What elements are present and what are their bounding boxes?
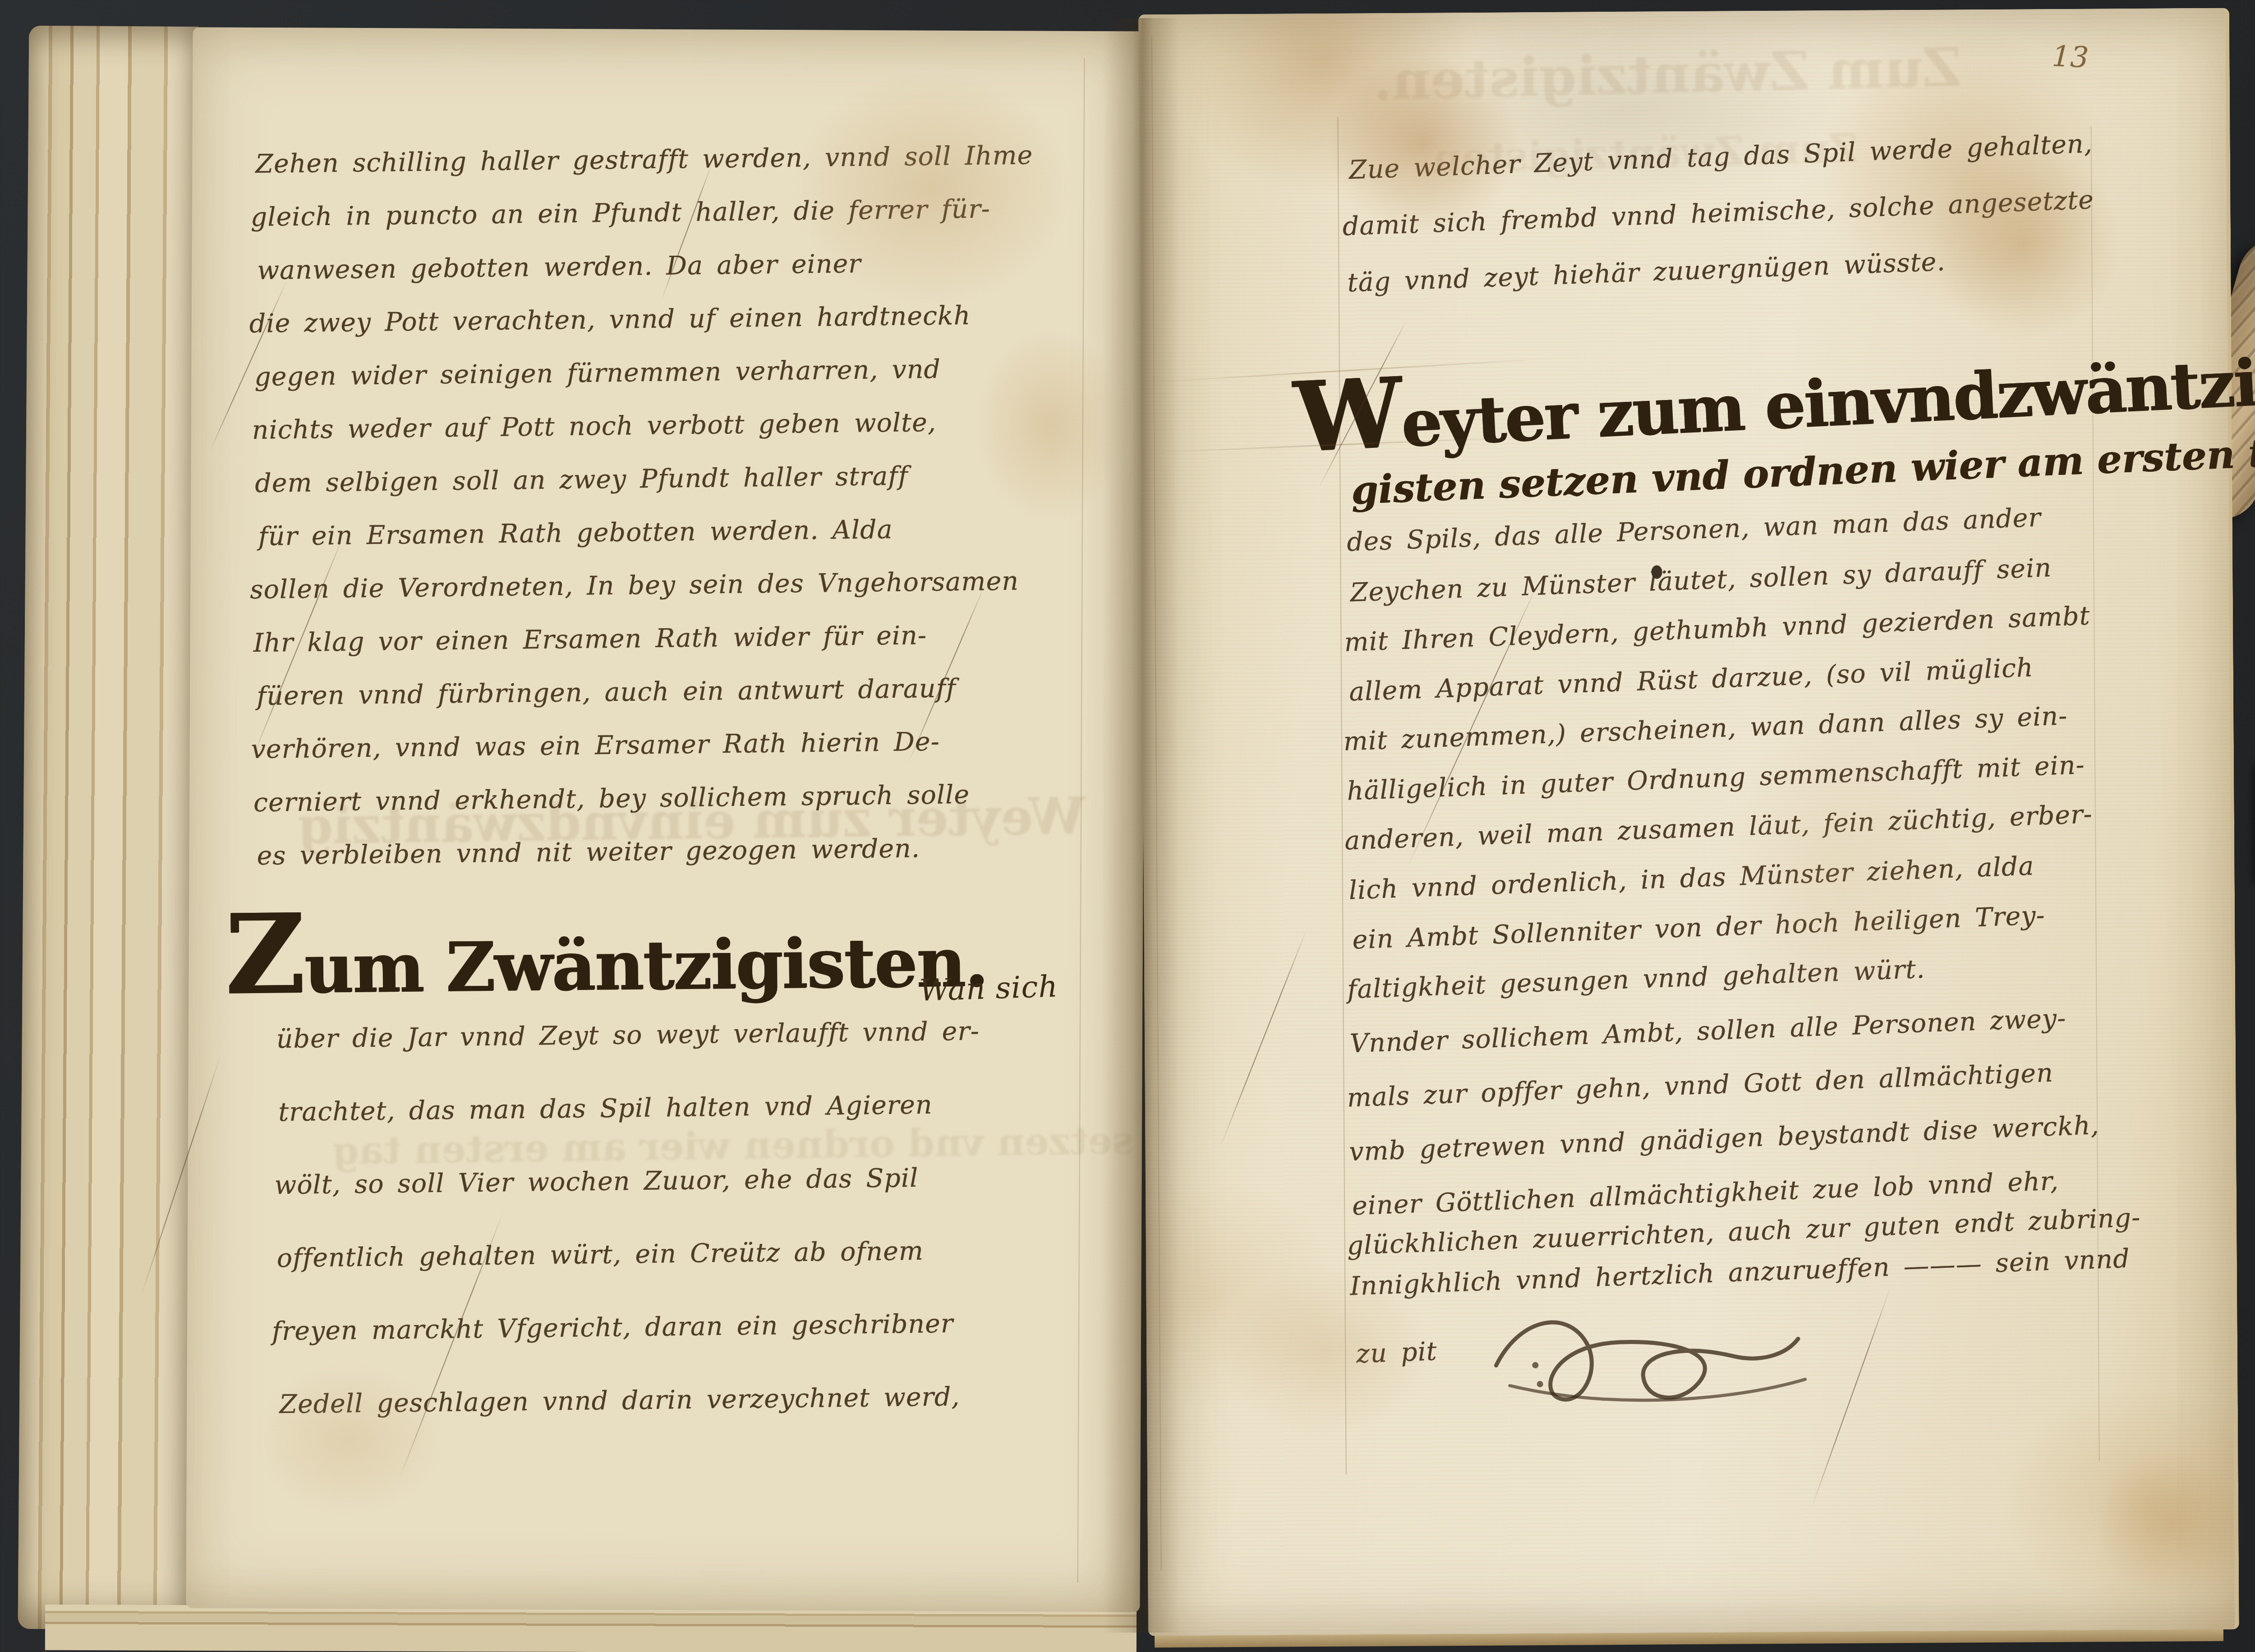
manuscript-line: täg vnnd zeyt hiehär zuuergnügen wüsste. xyxy=(1347,247,1946,298)
page-stack-bottom-edges xyxy=(45,1605,1137,1652)
manuscript-line: offentlich gehalten würt, ein Creütz ab … xyxy=(276,1236,924,1273)
manuscript-line: Zedell geschlagen vnnd darin verzeychnet… xyxy=(279,1382,960,1419)
manuscript-line: Vnnder sollichem Ambt, sollen alle Perso… xyxy=(1349,1003,2067,1059)
manuscript-line: freyen marckht Vfgericht, daran ein gesc… xyxy=(272,1309,954,1346)
page-number: 13 xyxy=(2051,40,2089,75)
manuscript-line: anderen, weil man zusamen läut, fein züc… xyxy=(1344,799,2093,856)
manuscript-line: gegen wider seinigen fürnemmen verharren… xyxy=(254,354,941,392)
manuscript-line: dem selbigen soll an zwey Pfundt haller … xyxy=(255,461,908,498)
manuscript-line: nichts weder auf Pott noch verbott geben… xyxy=(252,408,936,445)
manuscript-line: wanwesen gebotten werden. Da aber einer xyxy=(257,249,861,285)
bleedthrough-ghost: Zum Zwäntzigisten. xyxy=(1373,41,1962,108)
right-page: 13 Zum Zwäntzigisten. Zum Zwäntzigisten.… xyxy=(1138,8,2239,1636)
chapter-heading-side-word: Wan sich xyxy=(919,969,1058,1008)
chapter-heading-left: Zum Zwäntzigisten. xyxy=(225,893,988,1010)
left-page: Weyter zum einvndzwäntzig gisten setzen … xyxy=(186,27,1146,1612)
manuscript-line: vmb getrewen vnnd gnädigen beystandt dis… xyxy=(1348,1110,2099,1167)
manuscript-line: für ein Ersamen Rath gebotten werden. Al… xyxy=(258,515,893,552)
margin-rule-left xyxy=(1337,117,1346,1475)
manuscript-line: mit Ihren Cleydern, gethumbh vnnd gezier… xyxy=(1344,601,2090,657)
manuscript-line: mals zur opffer gehn, vnnd Gott den allm… xyxy=(1347,1058,2054,1113)
page-stack-left-edges xyxy=(18,26,198,1630)
manuscript-line: über die Jar vnnd Zeyt so weyt verlaufft… xyxy=(276,1017,980,1054)
manuscript-line: zu pit xyxy=(1356,1336,1438,1369)
manuscript-line: Zehen schilling haller gestrafft werden,… xyxy=(255,140,1033,179)
manuscript-line: mit zunemmen,) erscheinen, wan dann alle… xyxy=(1343,701,2068,756)
stain xyxy=(2094,1451,2249,1596)
manuscript-line: ein Ambt Sollenniter von der hoch heilig… xyxy=(1352,901,2045,955)
pen-stroke xyxy=(1811,1286,1891,1507)
stain xyxy=(254,1362,444,1517)
pen-flourish xyxy=(1484,1287,1810,1442)
manuscript-line: Ihr klag vor einen Ersamen Rath wider fü… xyxy=(253,621,927,658)
manuscript-line: allem Apparat vnnd Rüst darzue, (so vil … xyxy=(1348,653,2034,707)
manuscript-line: faltigkheit gesungen vnnd gehalten würt. xyxy=(1347,954,1925,1005)
manuscript-line: verhören, vnnd was ein Ersamer Rath hier… xyxy=(251,727,940,764)
manuscript-scan: { "page_number": "13", "colors": { "back… xyxy=(0,0,2255,1652)
manuscript-line: Zeychen zu Münster läutet, sollen sy dar… xyxy=(1350,553,2053,608)
manuscript-line: des Spils, das alle Personen, wan man da… xyxy=(1346,503,2042,557)
manuscript-line: gleich in puncto an ein Pfundt haller, d… xyxy=(250,194,990,232)
manuscript-line: sollen die Verordneten, In bey sein des … xyxy=(250,566,1019,605)
pen-stroke xyxy=(1220,929,1307,1147)
manuscript-line: damit sich frembd vnnd heimische, solche… xyxy=(1342,185,2094,242)
manuscript-line: füeren vnnd fürbringen, auch ein antwurt… xyxy=(257,673,956,711)
gutter-shadow xyxy=(1103,18,1179,1633)
manuscript-line: die zwey Pott verachten, vnnd uf einen h… xyxy=(249,301,971,339)
manuscript-line: lich vnnd ordenlich, in das Münster zieh… xyxy=(1348,851,2035,905)
ink-blot xyxy=(1652,565,1662,579)
